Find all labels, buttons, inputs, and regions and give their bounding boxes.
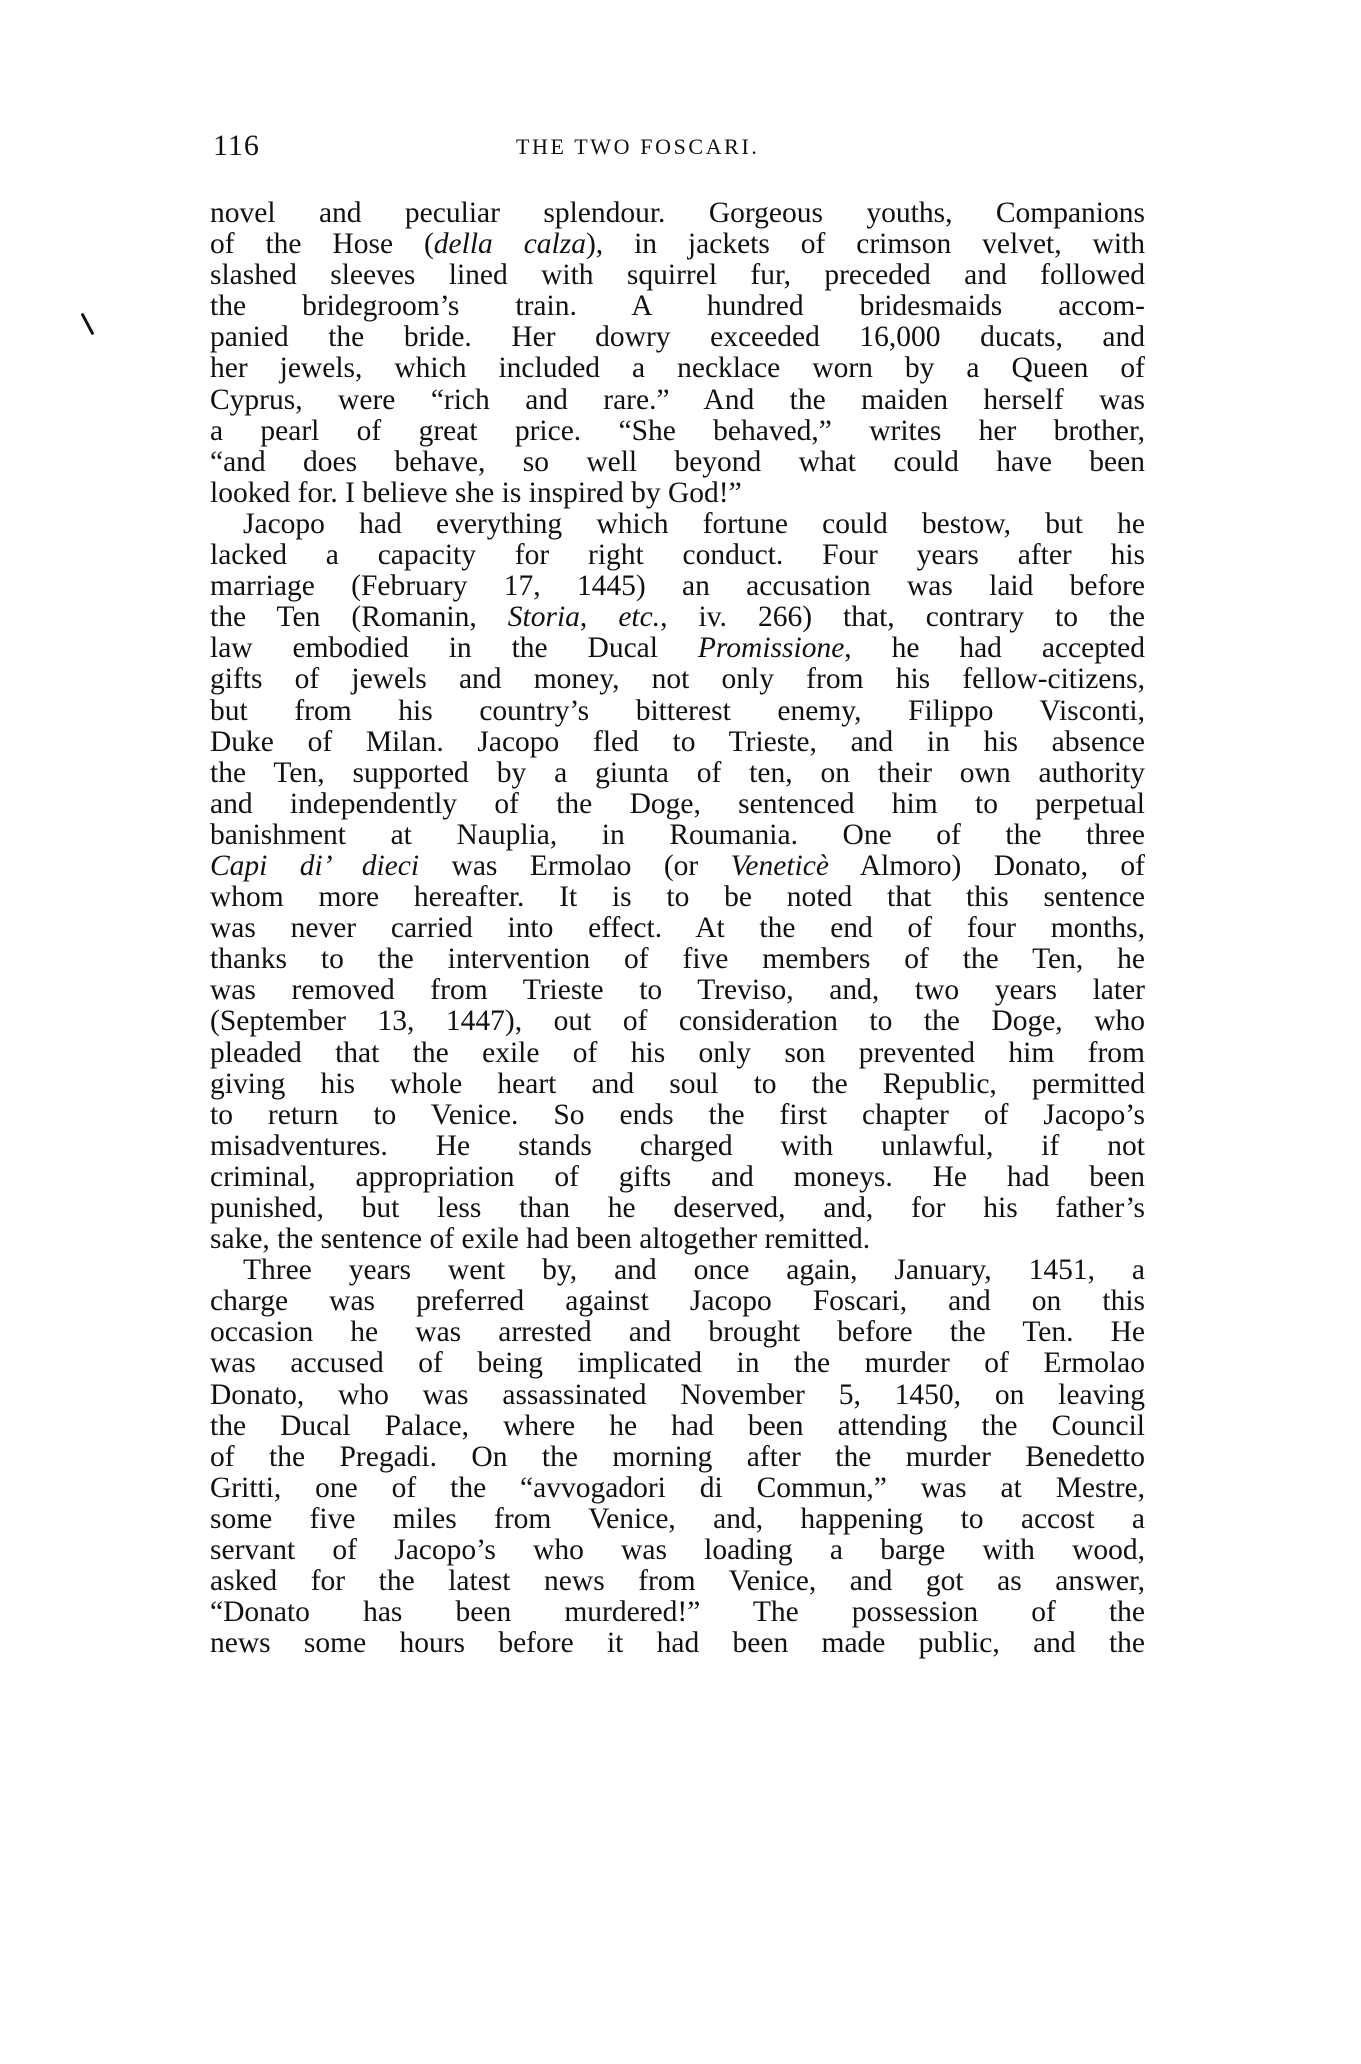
text-segment: news some hours before it had been made …: [210, 1627, 1145, 1659]
text-line: Gritti, one of the “avvogadori di Commun…: [210, 1473, 1145, 1504]
text-segment: servant of Jacopo’s who was loading a ba…: [210, 1534, 1145, 1566]
text-segment: some five miles from Venice, and, happen…: [210, 1503, 1145, 1535]
text-line: misadventures. He stands charged with un…: [210, 1131, 1145, 1162]
text-segment: giving his whole heart and soul to the R…: [210, 1068, 1145, 1100]
text-line: to return to Venice. So ends the first c…: [210, 1100, 1145, 1131]
text-line: punished, but less than he deserved, and…: [210, 1193, 1145, 1224]
text-segment: “Donato has been murdered!” The possessi…: [210, 1596, 1145, 1628]
text-segment: the Ten (Romanin,: [210, 601, 508, 633]
italic-text: Veneticè: [731, 850, 829, 882]
page-header: 116 THE TWO FOSCARI.: [210, 128, 1145, 168]
text-line: was accused of being implicated in the m…: [210, 1348, 1145, 1379]
text-segment: was Ermolao (or: [419, 850, 731, 882]
text-segment: “and does behave, so well beyond what co…: [210, 446, 1145, 478]
text-segment: ,: [580, 601, 618, 633]
text-segment: Jacopo had everything which fortune coul…: [243, 508, 1145, 540]
text-segment: a pearl of great price. “She behaved,” w…: [210, 415, 1145, 447]
text-segment: panied the bride. Her dowry exceeded 16,…: [210, 321, 1145, 353]
text-segment: lacked a capacity for right conduct. Fou…: [210, 539, 1145, 571]
text-line: of the Pregadi. On the morning after the…: [210, 1442, 1145, 1473]
text-line: the Ten, supported by a giunta of ten, o…: [210, 758, 1145, 789]
text-line: (September 13, 1447), out of considerati…: [210, 1006, 1145, 1037]
text-line: servant of Jacopo’s who was loading a ba…: [210, 1535, 1145, 1566]
text-segment: but from his country’s bitterest enemy, …: [210, 695, 1145, 727]
text-segment: sake, the sentence of exile had been alt…: [210, 1223, 870, 1255]
text-segment: and independently of the Doge, sentenced…: [210, 788, 1145, 820]
text-segment: Three years went by, and once again, Jan…: [243, 1254, 1145, 1286]
text-line: Three years went by, and once again, Jan…: [210, 1255, 1145, 1286]
text-segment: looked for. I believe she is inspired by…: [210, 477, 742, 509]
text-line: her jewels, which included a necklace wo…: [210, 353, 1145, 384]
text-segment: of the Hose (: [210, 228, 434, 260]
text-line: pleaded that the exile of his only son p…: [210, 1038, 1145, 1069]
text-segment: was never carried into effect. At the en…: [210, 912, 1145, 944]
text-line: the Ducal Palace, where he had been atte…: [210, 1411, 1145, 1442]
text-segment: Gritti, one of the “avvogadori di Commun…: [210, 1472, 1145, 1504]
text-segment: misadventures. He stands charged with un…: [210, 1130, 1145, 1162]
text-line: Jacopo had everything which fortune coul…: [210, 509, 1145, 540]
text-segment: slashed sleeves lined with squirrel fur,…: [210, 259, 1145, 291]
text-line: some five miles from Venice, and, happen…: [210, 1504, 1145, 1535]
text-segment: of the Pregadi. On the morning after the…: [210, 1441, 1145, 1473]
text-segment: the Ducal Palace, where he had been atte…: [210, 1410, 1145, 1442]
text-line: the Ten (Romanin, Storia, etc., iv. 266)…: [210, 602, 1145, 633]
text-segment: was removed from Trieste to Treviso, and…: [210, 974, 1145, 1006]
text-line: Duke of Milan. Jacopo fled to Trieste, a…: [210, 727, 1145, 758]
text-line: looked for. I believe she is inspired by…: [210, 478, 1145, 509]
text-line: banishment at Nauplia, in Roumania. One …: [210, 820, 1145, 851]
text-line: news some hours before it had been made …: [210, 1628, 1145, 1659]
text-line: Capi di’ dieci was Ermolao (or Veneticè …: [210, 851, 1145, 882]
italic-text: Capi di’ dieci: [210, 850, 419, 882]
text-segment: marriage (February 17, 1445) an accusati…: [210, 570, 1145, 602]
italic-text: della calza: [434, 228, 586, 260]
italic-text: Storia: [508, 601, 580, 633]
text-line: gifts of jewels and money, not only from…: [210, 664, 1145, 695]
text-line: a pearl of great price. “She behaved,” w…: [210, 416, 1145, 447]
text-segment: gifts of jewels and money, not only from…: [210, 663, 1145, 695]
text-line: “and does behave, so well beyond what co…: [210, 447, 1145, 478]
text-segment: Donato, who was assassinated November 5,…: [210, 1379, 1145, 1411]
text-segment: novel and peculiar splendour. Gorgeous y…: [210, 197, 1145, 229]
text-line: of the Hose (della calza), in jackets of…: [210, 229, 1145, 260]
text-line: asked for the latest news from Venice, a…: [210, 1566, 1145, 1597]
text-segment: to return to Venice. So ends the first c…: [210, 1099, 1145, 1131]
text-segment: criminal, appropriation of gifts and mon…: [210, 1161, 1145, 1193]
text-segment: her jewels, which included a necklace wo…: [210, 352, 1145, 384]
text-segment: charge was preferred against Jacopo Fosc…: [210, 1285, 1145, 1317]
text-line: giving his whole heart and soul to the R…: [210, 1069, 1145, 1100]
text-line: but from his country’s bitterest enemy, …: [210, 696, 1145, 727]
text-line: “Donato has been murdered!” The possessi…: [210, 1597, 1145, 1628]
text-segment: Duke of Milan. Jacopo fled to Trieste, a…: [210, 726, 1145, 758]
italic-text: Promissione: [698, 632, 844, 664]
text-segment: asked for the latest news from Venice, a…: [210, 1565, 1145, 1597]
text-line: marriage (February 17, 1445) an accusati…: [210, 571, 1145, 602]
text-segment: whom more hereafter. It is to be noted t…: [210, 881, 1145, 913]
text-segment: Cyprus, were “rich and rare.” And the ma…: [210, 384, 1145, 416]
text-segment: , iv. 266) that, contrary to the: [660, 601, 1145, 633]
text-line: Donato, who was assassinated November 5,…: [210, 1380, 1145, 1411]
text-line: charge was preferred against Jacopo Fosc…: [210, 1286, 1145, 1317]
text-line: law embodied in the Ducal Promissione, h…: [210, 633, 1145, 664]
text-segment: occasion he was arrested and brought bef…: [210, 1316, 1145, 1348]
text-line: occasion he was arrested and brought bef…: [210, 1317, 1145, 1348]
text-line: and independently of the Doge, sentenced…: [210, 789, 1145, 820]
text-line: slashed sleeves lined with squirrel fur,…: [210, 260, 1145, 291]
text-segment: banishment at Nauplia, in Roumania. One …: [210, 819, 1145, 851]
text-line: novel and peculiar splendour. Gorgeous y…: [210, 198, 1145, 229]
body-text: novel and peculiar splendour. Gorgeous y…: [210, 198, 1145, 1659]
text-segment: punished, but less than he deserved, and…: [210, 1192, 1145, 1224]
text-segment: pleaded that the exile of his only son p…: [210, 1037, 1145, 1069]
text-segment: the Ten, supported by a giunta of ten, o…: [210, 757, 1145, 789]
text-segment: was accused of being implicated in the m…: [210, 1347, 1145, 1379]
text-segment: the bridegroom’s train. A hundred brides…: [210, 290, 1145, 322]
italic-text: etc.: [618, 601, 660, 633]
running-title: THE TWO FOSCARI.: [516, 132, 759, 162]
text-line: sake, the sentence of exile had been alt…: [210, 1224, 1145, 1255]
text-line: panied the bride. Her dowry exceeded 16,…: [210, 322, 1145, 353]
stray-ink-mark: [81, 313, 95, 336]
text-line: Cyprus, were “rich and rare.” And the ma…: [210, 385, 1145, 416]
text-line: criminal, appropriation of gifts and mon…: [210, 1162, 1145, 1193]
text-line: thanks to the intervention of five membe…: [210, 944, 1145, 975]
text-line: was never carried into effect. At the en…: [210, 913, 1145, 944]
book-page: 116 THE TWO FOSCARI. novel and peculiar …: [0, 0, 1361, 2064]
text-segment: ), in jackets of crimson velvet, with: [586, 228, 1145, 260]
text-segment: law embodied in the Ducal: [210, 632, 698, 664]
text-segment: (September 13, 1447), out of considerati…: [210, 1005, 1145, 1037]
text-line: lacked a capacity for right conduct. Fou…: [210, 540, 1145, 571]
text-segment: thanks to the intervention of five membe…: [210, 943, 1145, 975]
text-line: the bridegroom’s train. A hundred brides…: [210, 291, 1145, 322]
text-segment: Almoro) Donato, of: [829, 850, 1145, 882]
page-number: 116: [213, 128, 260, 164]
text-line: whom more hereafter. It is to be noted t…: [210, 882, 1145, 913]
text-segment: , he had accepted: [844, 632, 1145, 664]
text-line: was removed from Trieste to Treviso, and…: [210, 975, 1145, 1006]
